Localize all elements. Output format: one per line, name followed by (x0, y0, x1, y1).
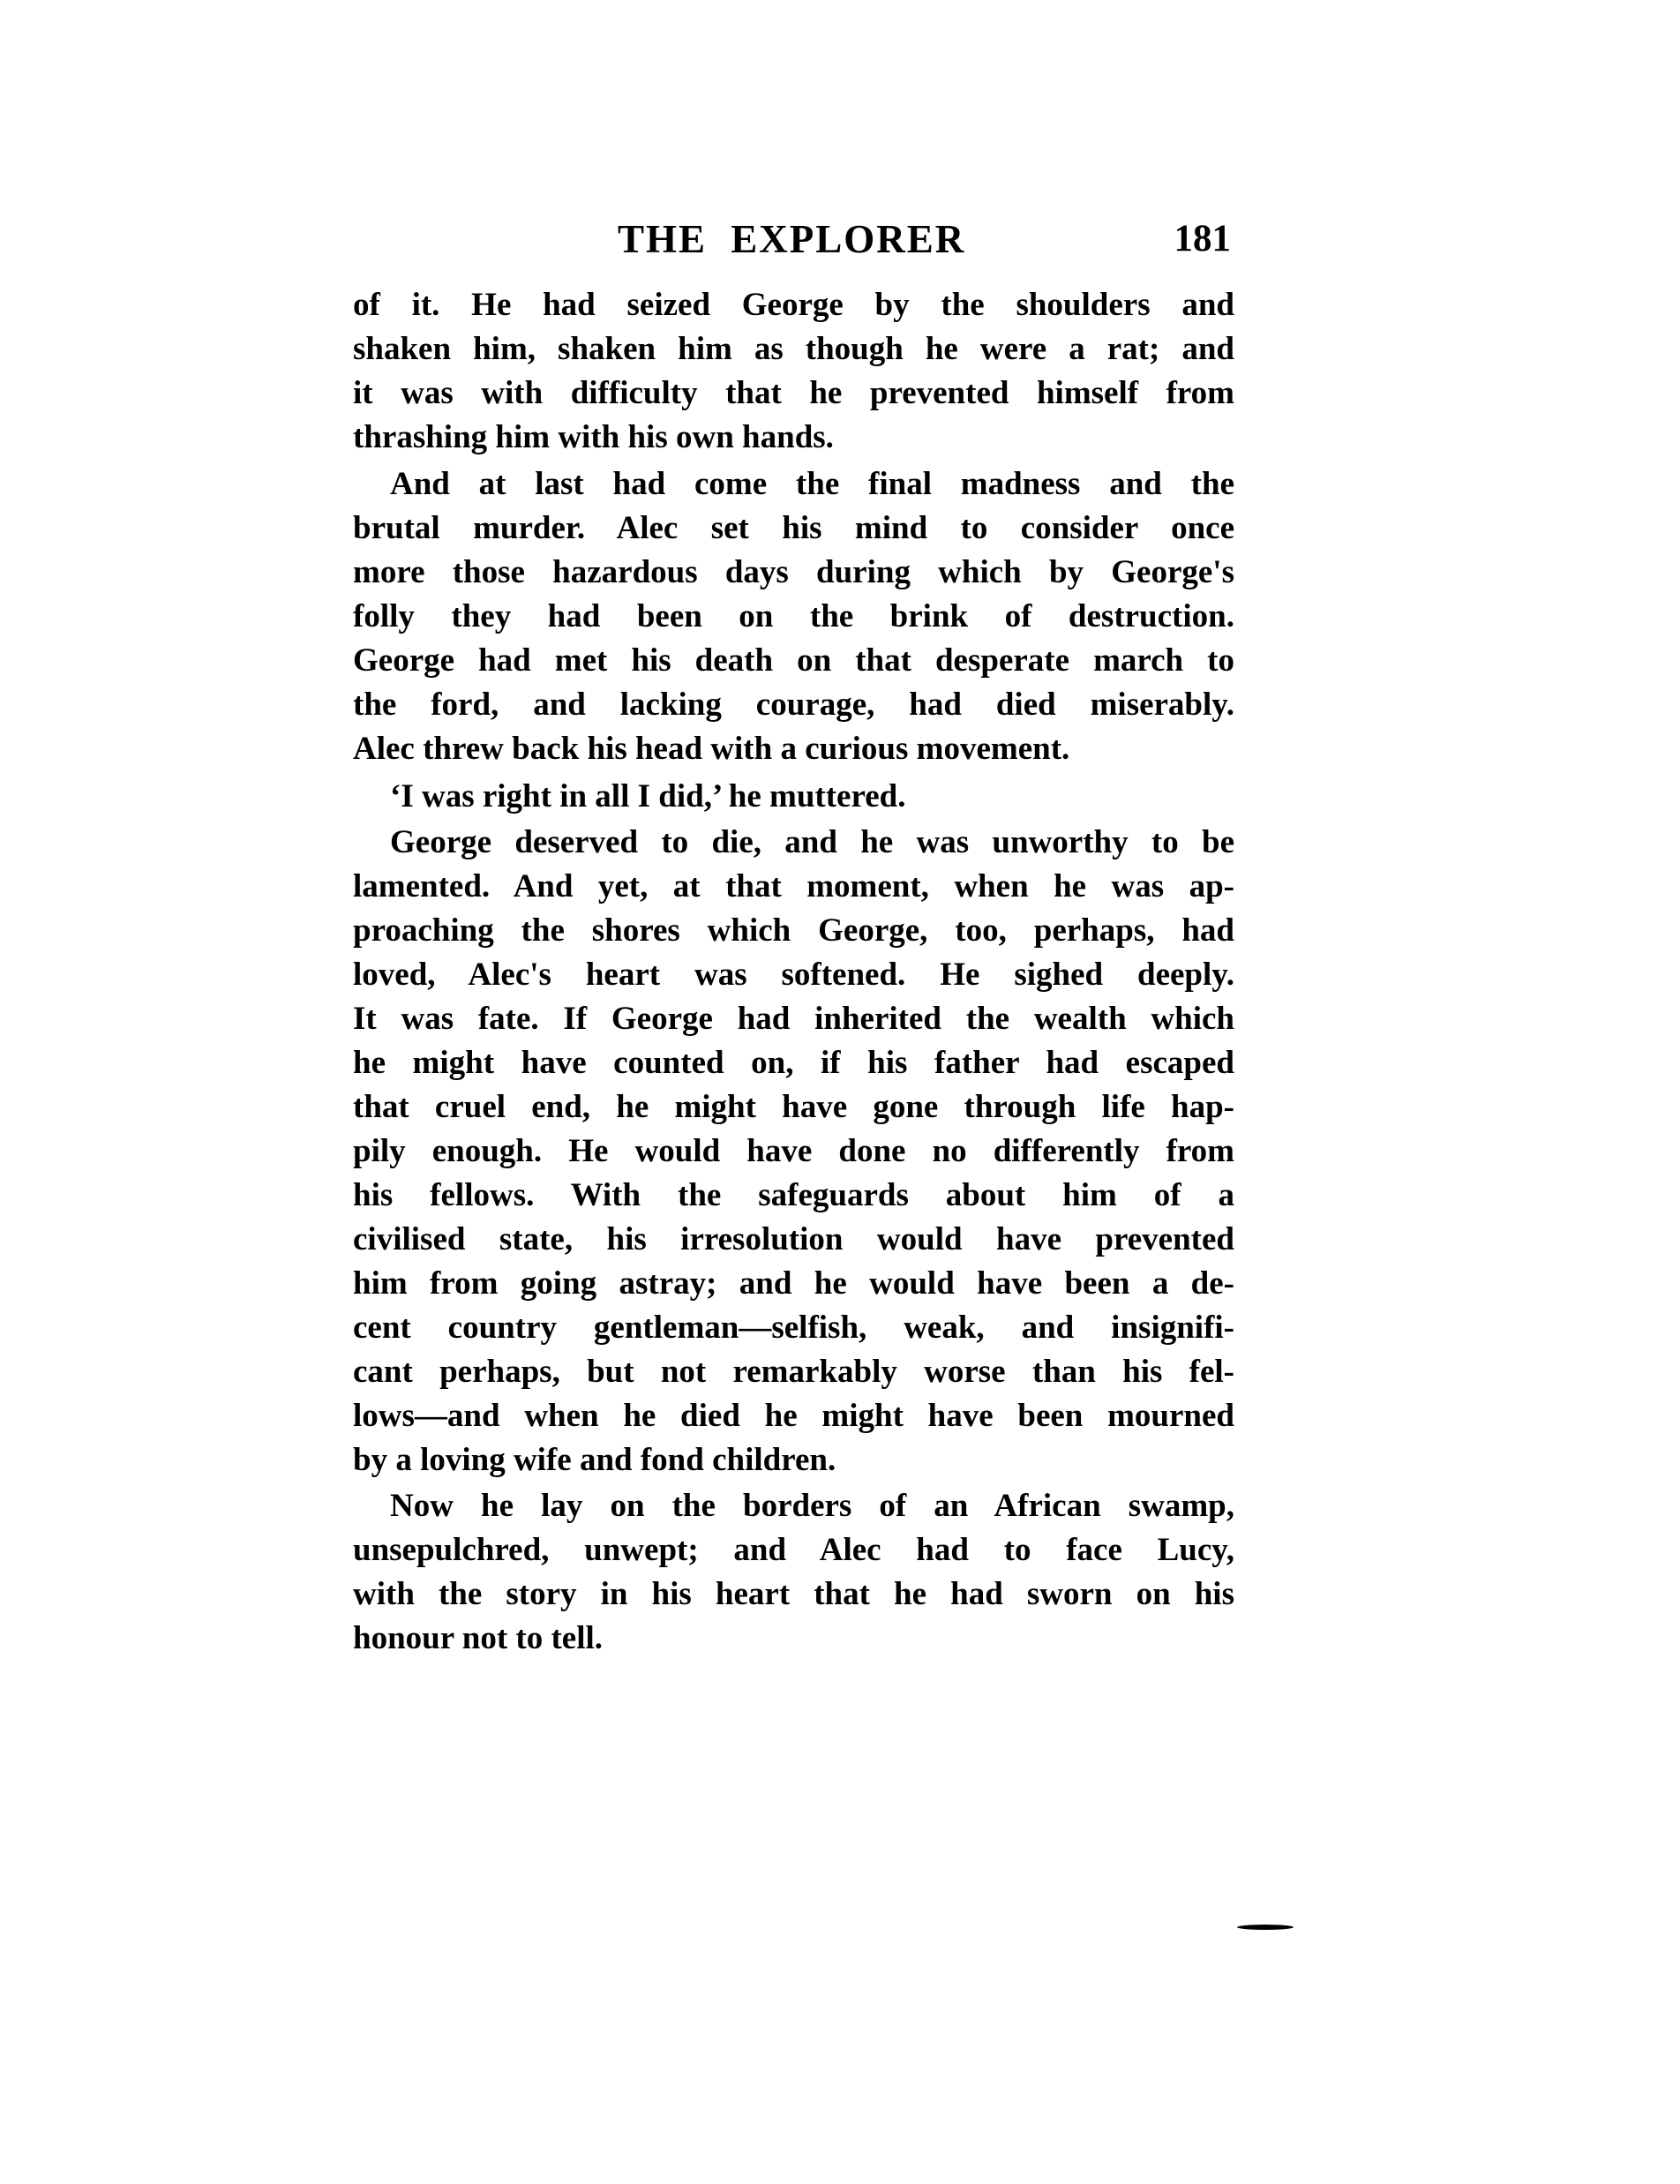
text-line: his fellows. With the safeguards about h… (353, 1174, 1234, 1218)
text-line: shaken him, shaken him as though he were… (353, 327, 1234, 372)
book-page: THE EXPLORER 181 of it. He had seized Ge… (0, 0, 1680, 2184)
page-number: 181 (1174, 217, 1232, 261)
text-line: proaching the shores which George, too, … (353, 909, 1234, 953)
text-line: Alec threw back his head with a curious … (353, 727, 1234, 771)
text-line: George deserved to die, and he was unwor… (390, 821, 1234, 865)
text-line: It was fate. If George had inherited the… (353, 997, 1234, 1041)
text-line: ‘I was right in all I did,’ he muttered. (390, 775, 1234, 819)
text-line: lows—and when he died he might have been… (353, 1394, 1234, 1438)
running-title: THE EXPLORER (618, 217, 965, 261)
text-line: cant perhaps, but not remarkably worse t… (353, 1350, 1234, 1394)
text-line: folly they had been on the brink of dest… (353, 595, 1234, 639)
text-line: cent country gentleman—selfish, weak, an… (353, 1306, 1234, 1350)
text-line: the ford, and lacking courage, had died … (353, 683, 1234, 727)
text-line: thrashing him with his own hands. (353, 416, 1234, 460)
text-line: it was with difficulty that he prevented… (353, 372, 1234, 416)
text-line: pily enough. He would have done no diffe… (353, 1130, 1234, 1174)
text-line: And at last had come the final madness a… (390, 462, 1234, 507)
text-line: brutal murder. Alec set his mind to cons… (353, 507, 1234, 551)
text-line: with the story in his heart that he had … (353, 1572, 1234, 1617)
text-line: that cruel end, he might have gone throu… (353, 1085, 1234, 1130)
text-line: loved, Alec's heart was softened. He sig… (353, 953, 1234, 997)
text-line: more those hazardous days during which b… (353, 551, 1234, 595)
running-head: THE EXPLORER 181 (353, 217, 1234, 261)
text-line: by a loving wife and fond children. (353, 1438, 1234, 1482)
text-line: him from going astray; and he would have… (353, 1262, 1234, 1306)
text-line: George had met his death on that despera… (353, 639, 1234, 683)
text-line: he might have counted on, if his father … (353, 1041, 1234, 1085)
text-line: honour not to tell. (353, 1617, 1234, 1661)
text-line: lamented. And yet, at that moment, when … (353, 865, 1234, 909)
text-line: unsepulchred, unwept; and Alec had to fa… (353, 1528, 1234, 1572)
text-line: of it. He had seized George by the shoul… (353, 283, 1234, 327)
tail-rule-ornament (1237, 1925, 1294, 1930)
text-line: Now he lay on the borders of an African … (390, 1484, 1234, 1528)
text-line: civilised state, his irresolution would … (353, 1218, 1234, 1262)
